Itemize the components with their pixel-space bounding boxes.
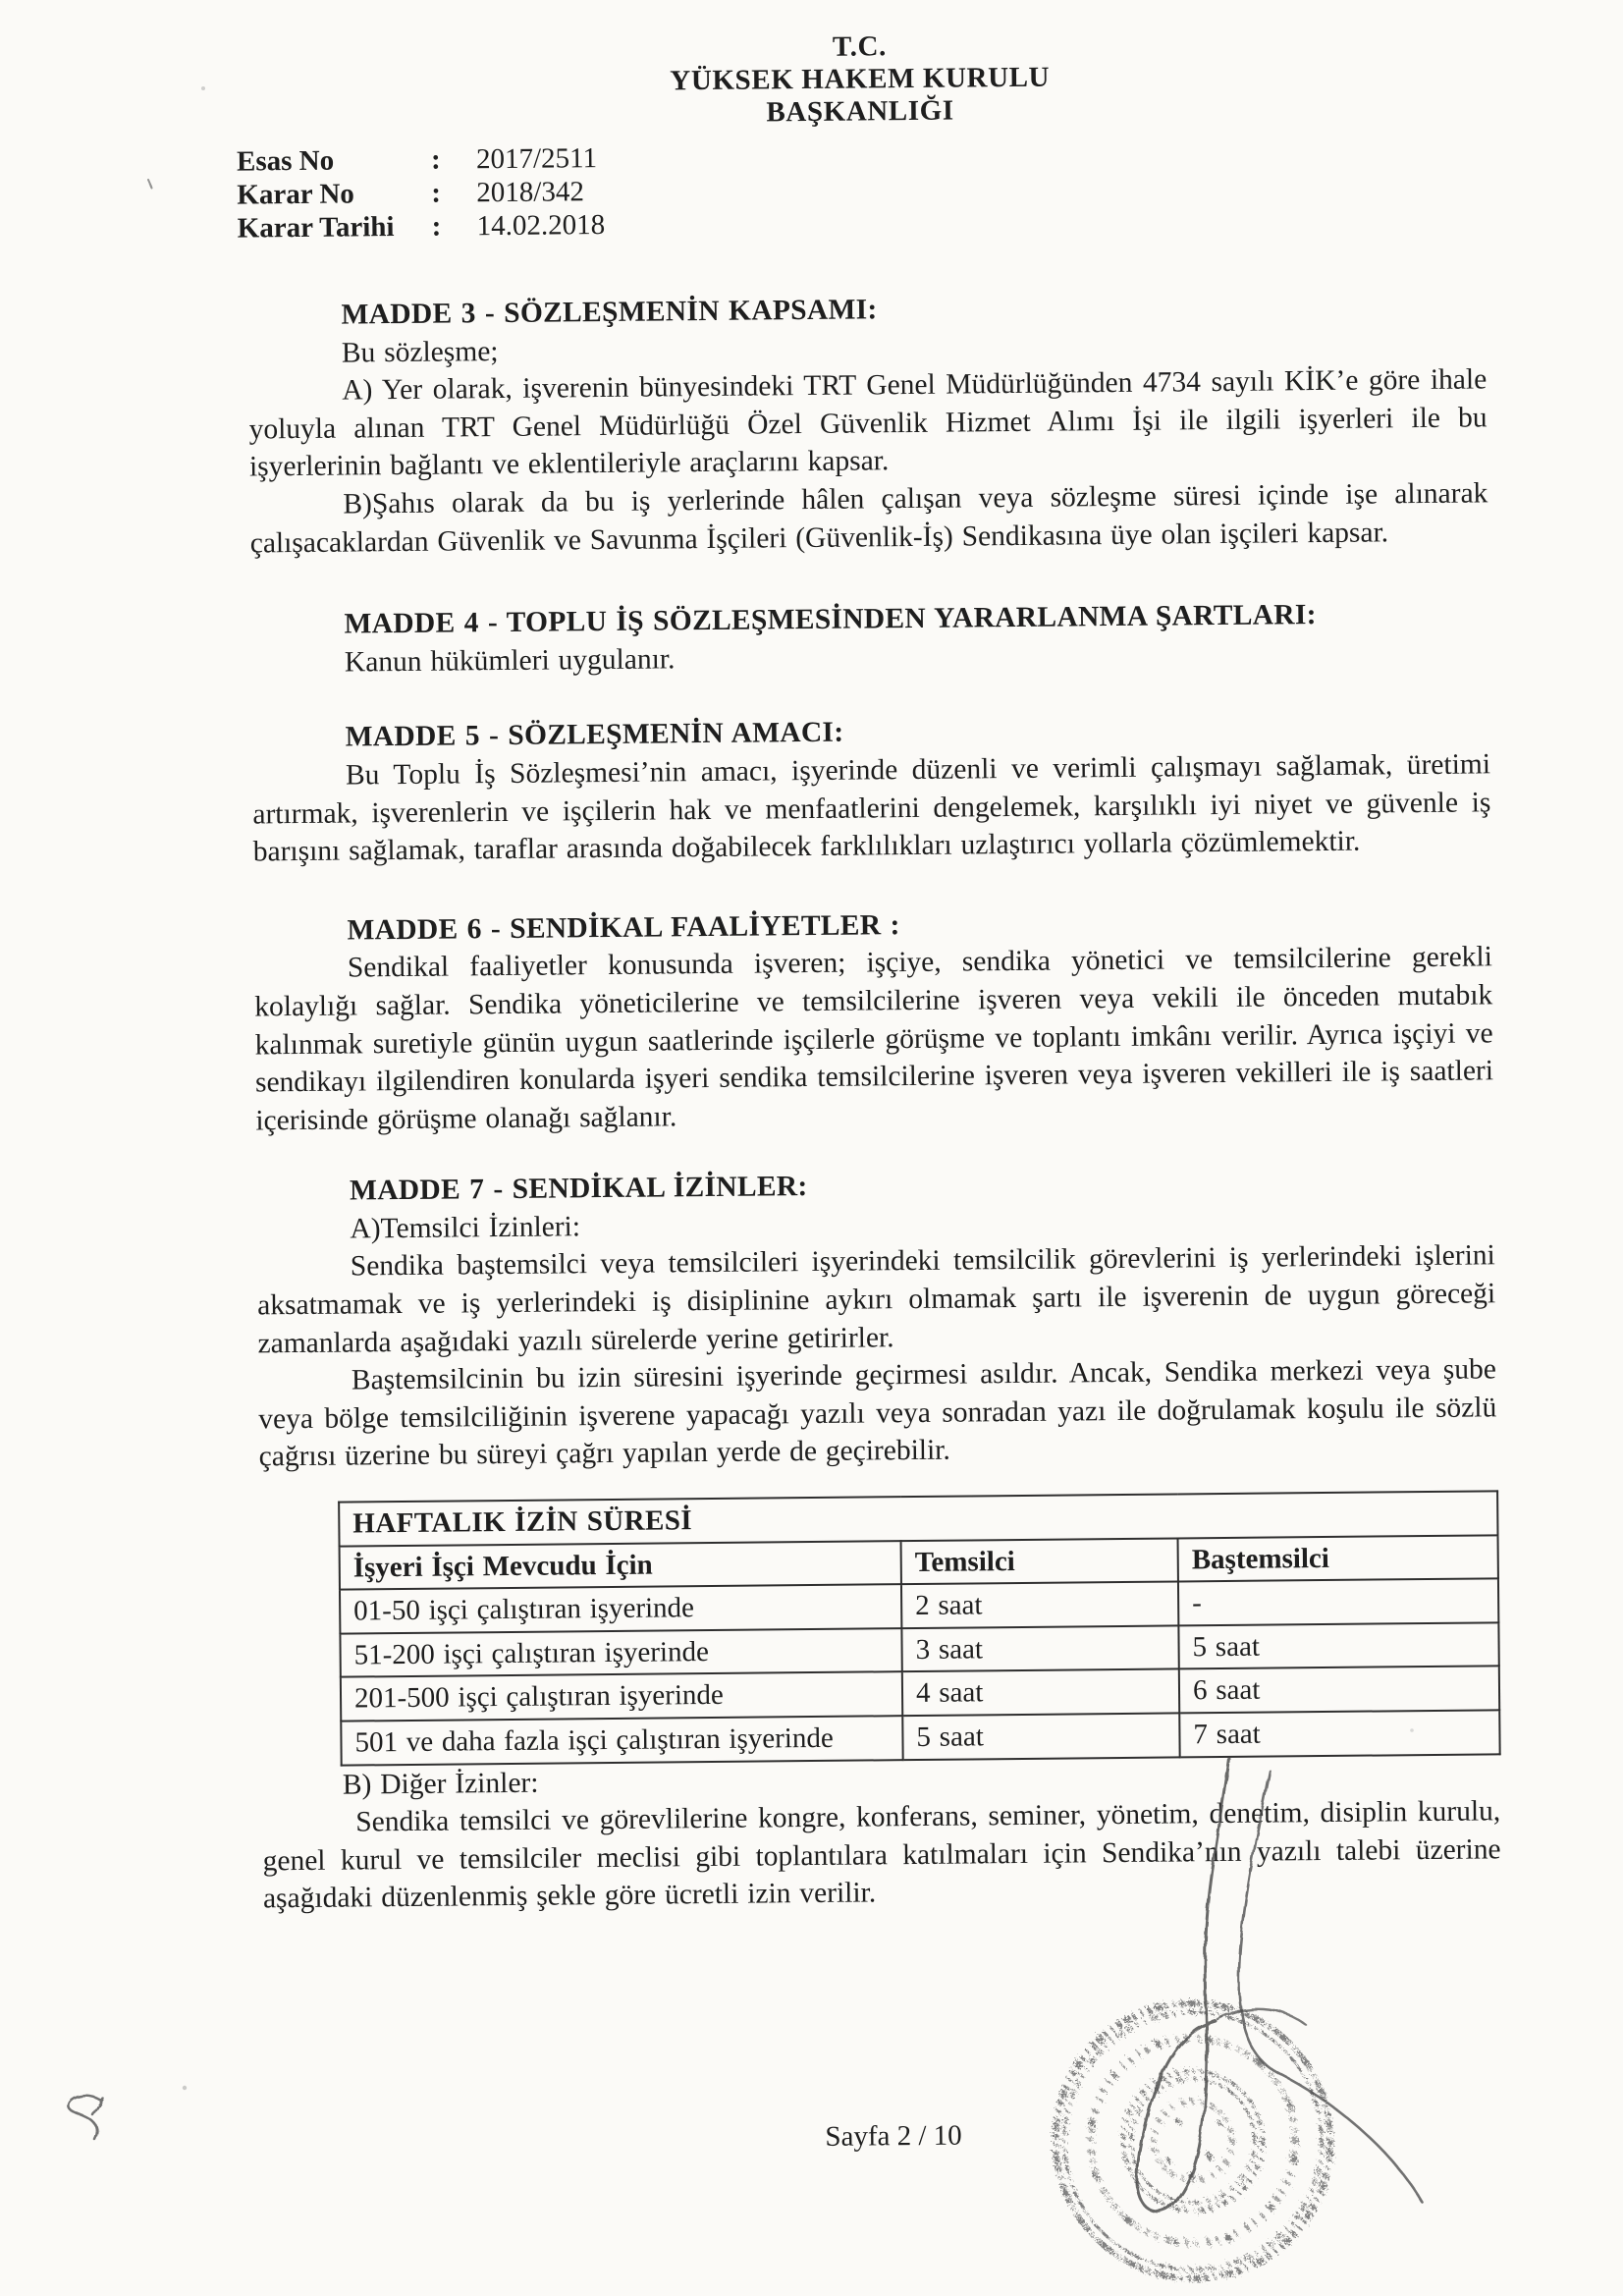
cell-temsilci: 3 saat xyxy=(901,1625,1178,1671)
cell-bastemsilci: - xyxy=(1178,1579,1498,1626)
case-colon: : xyxy=(431,176,476,209)
cell-bastemsilci: 7 saat xyxy=(1179,1710,1499,1757)
cell-temsilci: 2 saat xyxy=(901,1582,1178,1628)
page-number: Sayfa 2 / 10 xyxy=(825,2120,962,2154)
article-3-paragraph-b: B)Şahıs olarak da bu iş yerlerinde hâlen… xyxy=(249,474,1488,562)
document-page: T.C. YÜKSEK HAKEM KURULU BAŞKANLIĞI Esas… xyxy=(0,0,1623,2296)
case-label: Karar No xyxy=(237,177,431,212)
cell-bastemsilci: 5 saat xyxy=(1178,1622,1498,1669)
case-value: 2017/2511 xyxy=(476,141,597,176)
case-info-block: Esas No:2017/2511 Karar No:2018/342 Kara… xyxy=(237,132,1617,245)
case-label: Esas No xyxy=(237,143,431,179)
case-value: 2018/342 xyxy=(476,175,584,209)
cell-bastemsilci: 6 saat xyxy=(1179,1667,1499,1714)
cell-workplace: 201-500 işçi çalıştıran işyerinde xyxy=(341,1672,902,1722)
article-5-body: Bu Toplu İş Sözleşmesi’nin amacı, işyeri… xyxy=(252,745,1491,871)
column-header-temsilci: Temsilci xyxy=(901,1538,1178,1584)
article-6-body: Sendikal faaliyetler konusunda işveren; … xyxy=(254,939,1494,1140)
subsection-b-paragraph: Sendika temsilci ve görevlilerine kongre… xyxy=(262,1792,1501,1918)
document-body: MADDE 3 - SÖZLEŞMENİN KAPSAMI: Bu sözleş… xyxy=(247,285,1501,1918)
scanned-content: T.C. YÜKSEK HAKEM KURULU BAŞKANLIĞI Esas… xyxy=(0,0,1623,2296)
cell-workplace: 51-200 işçi çalıştıran işyerinde xyxy=(340,1628,901,1677)
column-header-bastemsilci: Baştemsilci xyxy=(1178,1535,1498,1582)
cell-temsilci: 4 saat xyxy=(902,1669,1179,1716)
article-7-paragraph-2: Baştemsilcinin bu izin süresini işyerind… xyxy=(258,1351,1497,1477)
case-colon: : xyxy=(432,209,477,243)
article-3-paragraph-a: A) Yer olarak, işverenin bünyesindeki TR… xyxy=(248,361,1488,487)
article-7-paragraph-1: Sendika baştemsilci veya temsilcileri iş… xyxy=(257,1237,1496,1363)
cell-workplace: 501 ve daha fazla işçi çalıştıran işyeri… xyxy=(341,1716,902,1765)
case-value: 14.02.2018 xyxy=(477,208,606,243)
weekly-leave-table: HAFTALIK İZİN SÜRESİ İşyeri İşçi Mevcudu… xyxy=(338,1490,1501,1766)
letterhead: T.C. YÜKSEK HAKEM KURULU BAŞKANLIĞI xyxy=(48,0,1623,136)
cell-workplace: 01-50 işçi çalıştıran işyerinde xyxy=(340,1584,901,1633)
case-label: Karar Tarihi xyxy=(238,210,432,246)
case-colon: : xyxy=(431,142,476,176)
column-header-workplace: İşyeri İşçi Mevcudu İçin xyxy=(340,1541,901,1590)
cell-temsilci: 5 saat xyxy=(902,1713,1179,1759)
